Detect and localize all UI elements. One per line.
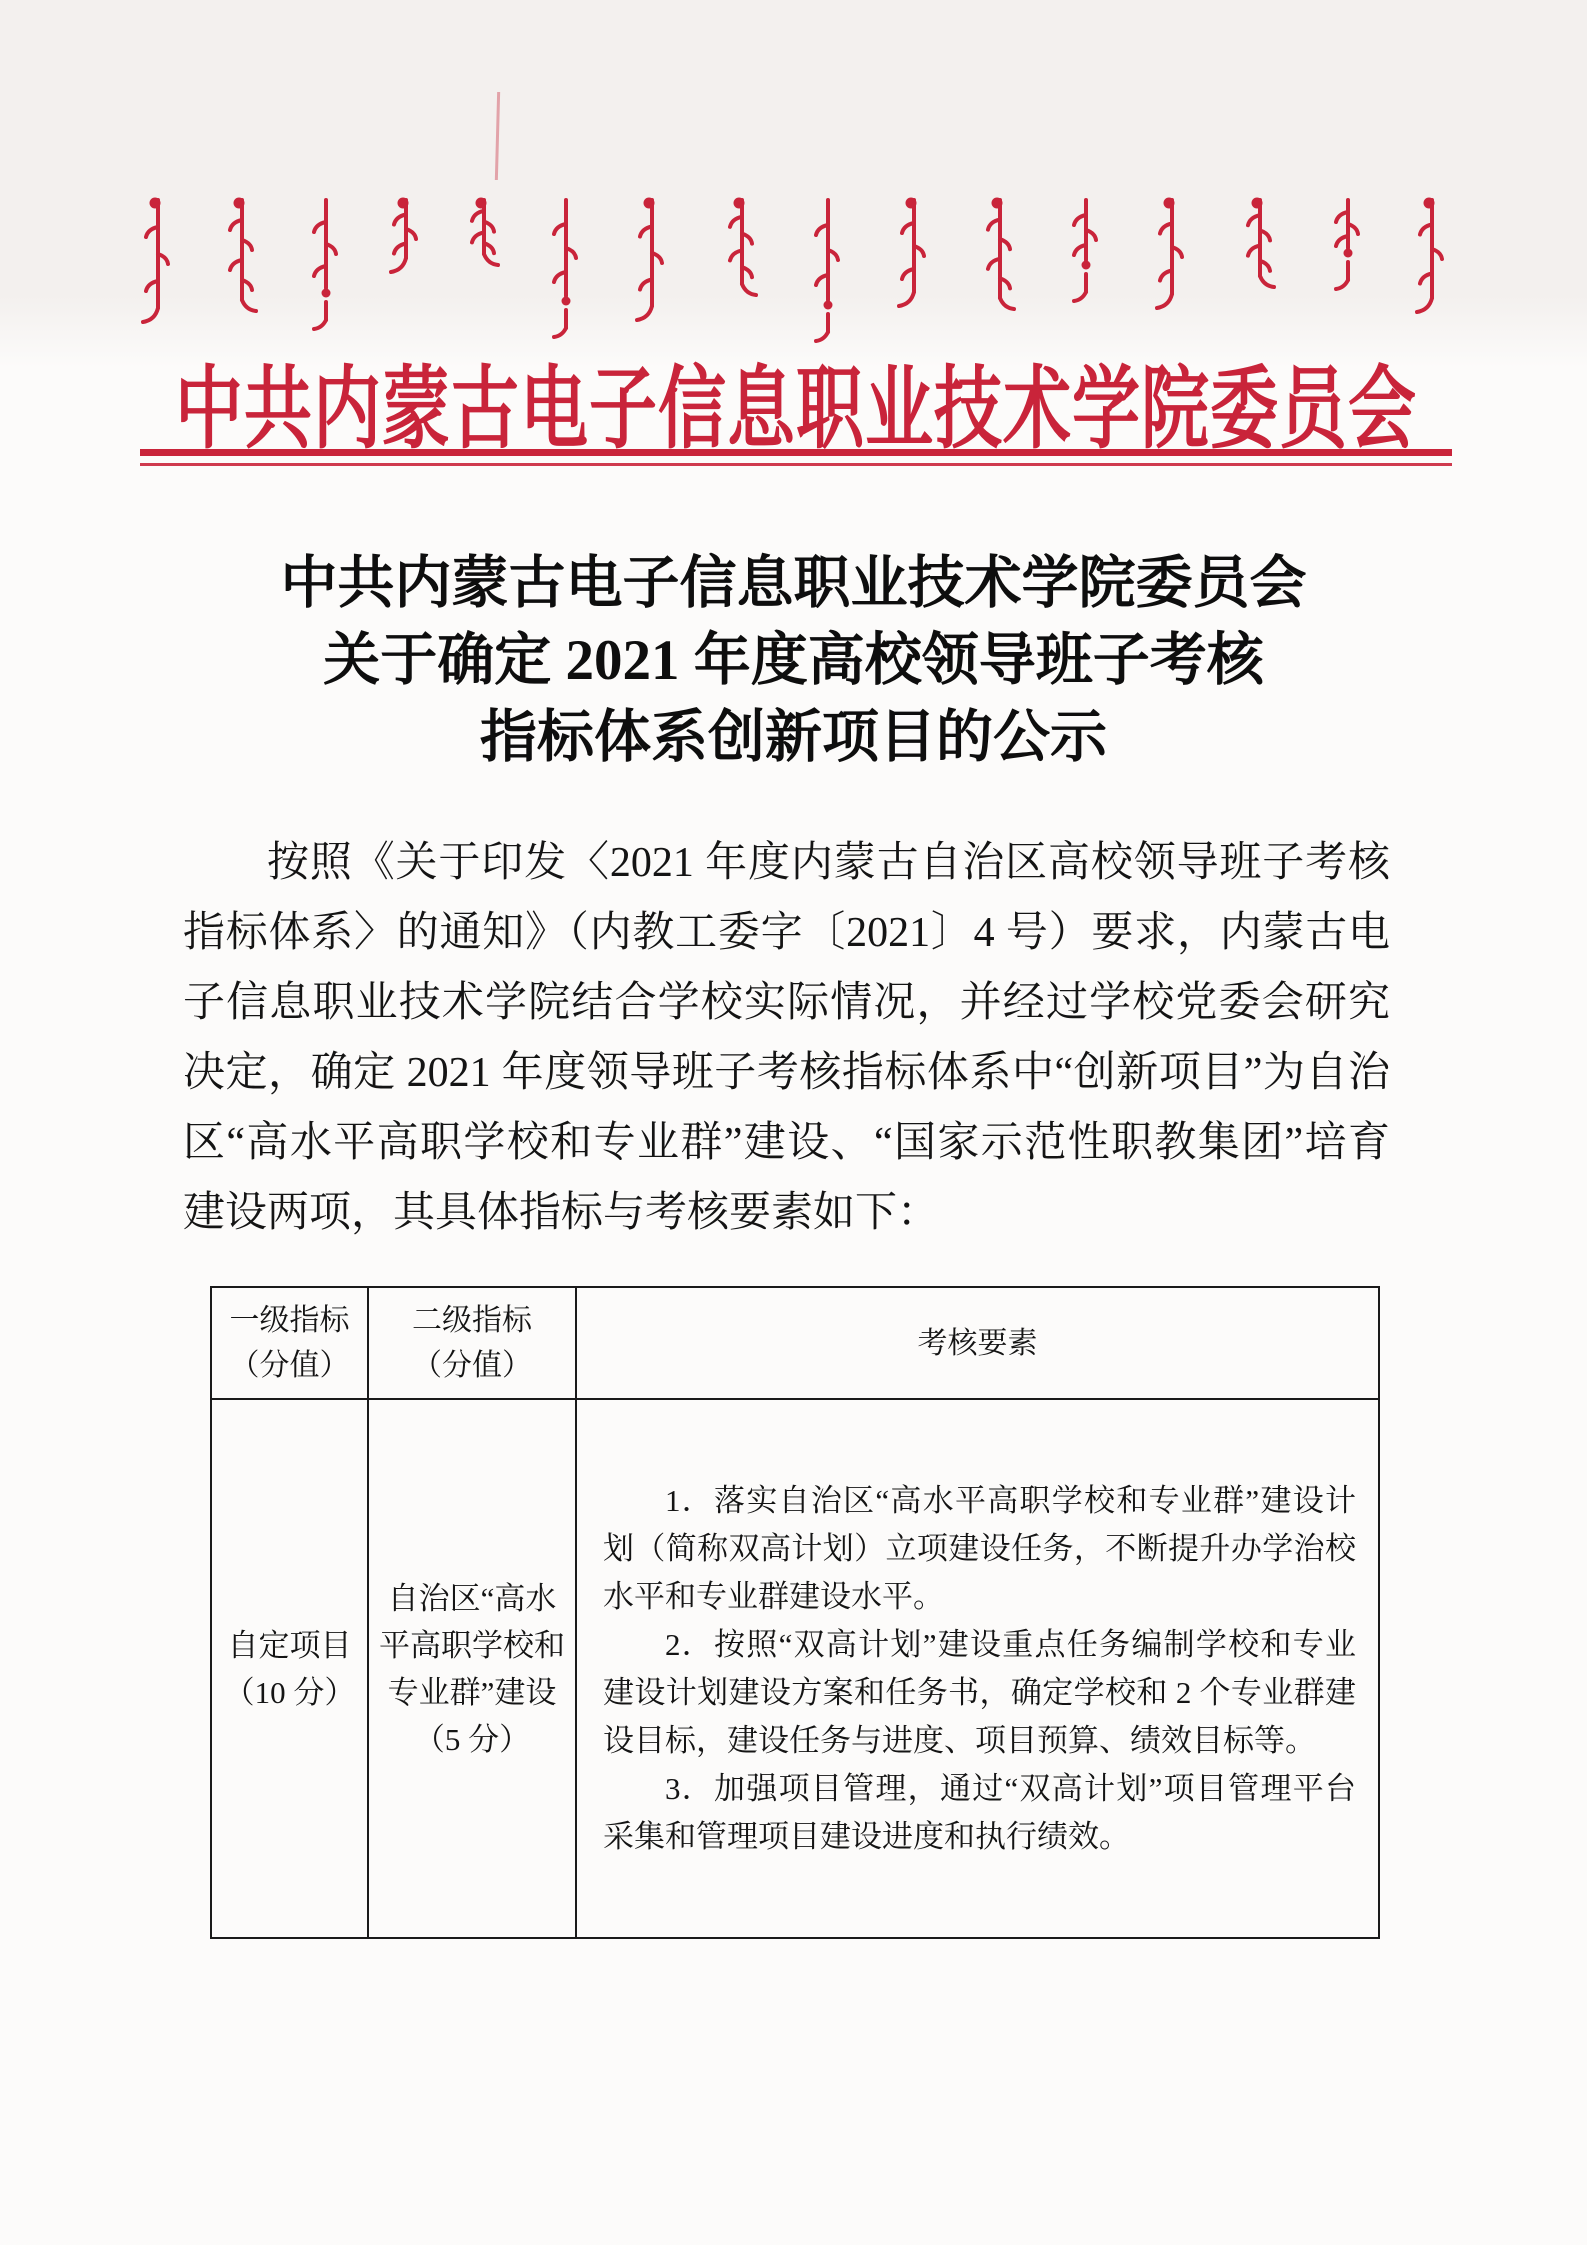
cell-level2-indicator: 自治区“高水 平高职学校和 专业群”建设 （5 分） bbox=[368, 1399, 576, 1938]
table-row: 自定项目 （10 分） 自治区“高水 平高职学校和 专业群”建设 （5 分） 1… bbox=[211, 1399, 1379, 1938]
indicator-table: 一级指标 （分值） 二级指标 （分值） 考核要素 自定项目 （10 分） 自治区… bbox=[210, 1286, 1380, 1939]
cell-assessment-elements: 1．落实自治区“高水平高职学校和专业群”建设计划（简称双高计划）立项建设任务，不… bbox=[576, 1399, 1379, 1938]
table-header-elements: 考核要素 bbox=[576, 1287, 1379, 1399]
table-header-level2: 二级指标 （分值） bbox=[368, 1287, 576, 1399]
cell-level1-indicator: 自定项目 （10 分） bbox=[211, 1399, 368, 1938]
document-title-line-3: 指标体系创新项目的公示 bbox=[0, 699, 1587, 776]
assessment-item: 1．落实自治区“高水平高职学校和专业群”建设计划（简称双高计划）立项建设任务，不… bbox=[603, 1477, 1356, 1621]
assessment-item: 2．按照“双高计划”建设重点任务编制学校和专业建设计划建设方案和任务书，确定学校… bbox=[603, 1621, 1356, 1765]
letterhead-org-name: 中共内蒙古电子信息职业技术学院委员会 bbox=[140, 338, 1452, 466]
document-title-line-2: 关于确定 2021 年度高校领导班子考核 bbox=[0, 622, 1587, 699]
body-paragraph: 按照《关于印发〈2021 年度内蒙古自治区高校领导班子考核指标体系〉的通知》（内… bbox=[183, 828, 1390, 1248]
table-header-row: 一级指标 （分值） 二级指标 （分值） 考核要素 bbox=[211, 1287, 1379, 1399]
letterhead-rule-thin bbox=[140, 463, 1452, 466]
document-title: 中共内蒙古电子信息职业技术学院委员会 关于确定 2021 年度高校领导班子考核 … bbox=[0, 545, 1587, 776]
document-page: 中共内蒙古电子信息职业技术学院委员会 中共内蒙古电子信息职业技术学院委员会 关于… bbox=[0, 0, 1587, 2245]
mongolian-script-banner bbox=[150, 190, 1495, 330]
assessment-item: 3．加强项目管理，通过“双高计划”项目管理平台采集和管理项目建设进度和执行绩效。 bbox=[603, 1765, 1356, 1861]
document-title-line-1: 中共内蒙古电子信息职业技术学院委员会 bbox=[0, 545, 1587, 622]
letterhead-rule-thick bbox=[140, 449, 1452, 456]
table-header-level1: 一级指标 （分值） bbox=[211, 1287, 368, 1399]
